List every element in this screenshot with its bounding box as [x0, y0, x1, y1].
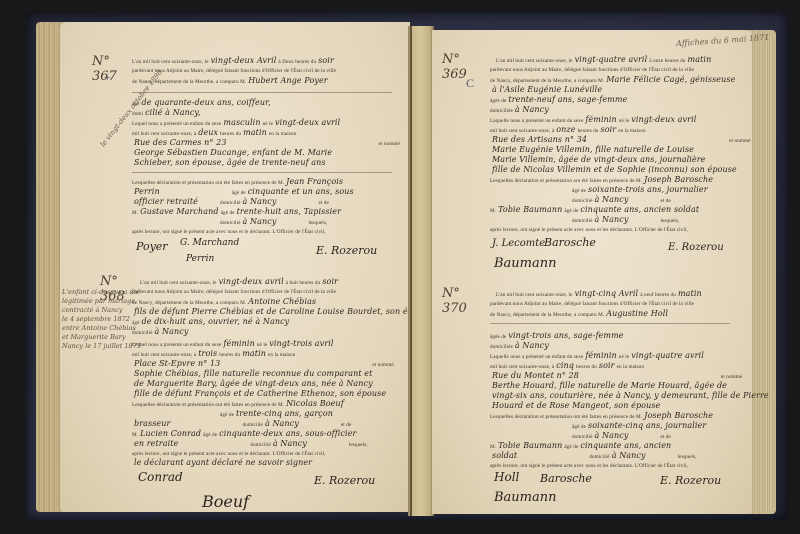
- record-line: domiciliéà Nancyet de: [572, 196, 800, 205]
- record-line: âgée devingt-trois ans, sage-femme: [490, 332, 790, 341]
- record-line: L'an mil huit cent soixante-onze, leving…: [132, 57, 432, 66]
- record-line: Schieber, son épouse, âgée de trente-neu…: [132, 159, 432, 168]
- record-line: officier retraitédomiciliéà Nancyet de: [132, 198, 432, 207]
- signature: Boeuf: [202, 492, 249, 511]
- signature: E. Rozerou: [660, 474, 721, 487]
- record-line: domiciliéà Nancylesquels,: [572, 216, 800, 225]
- record-line: âgé desoixante-trois ans, journalier: [572, 186, 800, 195]
- ruled-line: [132, 92, 392, 93]
- record-line: âgéde quarante-deux ans, coiffeur,: [132, 99, 432, 108]
- record-line: à l'Asile Eugénie Lunéville: [490, 86, 790, 95]
- ruled-line: [132, 172, 392, 173]
- record-line: après lecture, ont signé le présent acte…: [490, 226, 790, 234]
- record-line: mil huit cent soixante-onze, àtroisheure…: [132, 350, 432, 359]
- record-line: de Marguerite Bary, âgée de vingt-deux a…: [132, 380, 432, 389]
- record-line: domiciliéeà Nancy: [490, 106, 790, 115]
- record-line: pardevant nous Adjoint au Maire, délégué…: [132, 288, 432, 296]
- record-line: George Sébastien Ducange, enfant de M. M…: [132, 149, 432, 158]
- record-line: Lesquelles déclaration et présentation o…: [490, 176, 790, 185]
- record-line: Perrinâgé decinquante et un ans, sous: [132, 188, 432, 197]
- left-page: le vingt-deux octobre 1898 N° 367 + L'an…: [60, 22, 410, 512]
- record-line: Laquelle nous a présenté un enfant du se…: [490, 352, 790, 361]
- record-line: mil huit cent soixante-onze, àcinqheures…: [490, 362, 790, 371]
- record-line: de Nancy, département de la Meurthe, a c…: [490, 310, 790, 319]
- record-line: Sophie Chébias, fille naturelle reconnue…: [132, 370, 432, 379]
- signature: Conrad: [138, 470, 183, 484]
- record-line: L'an mil huit cent soixante-onze, leving…: [140, 278, 440, 287]
- record-line: de Nancy, département de la Meurthe, a c…: [132, 77, 432, 86]
- record-line: L'an mil huit cent soixante-onze, leving…: [496, 290, 796, 299]
- record-line: pardevant nous Adjoint au Maire, délégué…: [490, 300, 790, 308]
- record-line: Lesquelles déclaration et présentation o…: [132, 178, 432, 187]
- record-line: mil huit cent soixante-onze, àdeuxheures…: [132, 129, 432, 138]
- record-line: le déclarant ayant déclaré ne savoir sig…: [132, 459, 432, 468]
- signature: E. Rozerou: [316, 244, 377, 257]
- margin-note: L'enfant ci-dessus a été légitimée par m…: [62, 288, 141, 351]
- right-page: Affiches du 6 mai 1871 N° 369 C L'an mil…: [432, 30, 752, 514]
- signature: Holl: [494, 470, 519, 484]
- signature: Baumann: [494, 490, 557, 505]
- record-line: domiciliéeà Nancy: [490, 342, 790, 351]
- cross-mark: +: [104, 70, 111, 85]
- record-line: soldatdomiciliéà Nancylesquels,: [490, 452, 790, 461]
- entry-number: N° 369: [442, 52, 467, 82]
- signature: Perrin: [186, 254, 214, 264]
- record-line: fils de défunt Pierre Chébias et de Caro…: [132, 308, 432, 317]
- record-line: vingt-six ans, couturière, née à Nancy, …: [490, 392, 790, 401]
- record-line: après lecture, ont signé le présent acte…: [490, 462, 790, 470]
- record-line: M.Tobie Baumannâgé decinquante ans, anci…: [490, 442, 790, 451]
- signature: Barosche: [544, 236, 596, 249]
- record-line: M.Tobie Baumannâgé decinquante ans, anci…: [490, 206, 790, 215]
- record-line: M.Gustave Marchandâgé detrente-huit ans,…: [132, 208, 432, 217]
- record-line: Lesquelles déclaration et présentation o…: [490, 412, 790, 421]
- record-line: Rue des Artisans n° 34et nommé: [490, 136, 790, 145]
- signature: E. Rozerou: [314, 474, 375, 487]
- record-line: Houard et de Rose Mangeot, son épouse: [490, 402, 790, 411]
- signature: J. Lecomte: [492, 238, 545, 249]
- record-line: Marie Villemin, âgée de vingt-deux ans, …: [490, 156, 790, 165]
- signature: E. Rozerou: [668, 242, 724, 253]
- record-line: mil huit cent soixante-onze, àonzeheures…: [490, 126, 790, 135]
- record-line: fille de défunt François et de Catherine…: [132, 390, 432, 399]
- record-line: Laquelle nous a présenté un enfant du se…: [490, 116, 790, 125]
- record-line: de Nancy, département de la Meurthe, a c…: [132, 298, 432, 307]
- signature: Barosche: [540, 472, 592, 485]
- record-line: après lecture, ont signé le présent acte…: [132, 228, 432, 236]
- record-line: Marie Eugénie Villemin, fille naturelle …: [490, 146, 790, 155]
- signature: Poyer: [136, 240, 168, 253]
- record-line: domicilié à Nancy,: [132, 109, 432, 118]
- record-line: âgé desoixante-cinq ans, journalier: [572, 422, 800, 431]
- record-line: Lesquelles déclaration et présentation o…: [132, 400, 432, 409]
- record-line: pardevant nous Adjoint au Maire, délégué…: [490, 66, 790, 74]
- record-line: pardevant nous Adjoint au Maire, délégué…: [132, 67, 432, 75]
- record-line: âgée detrente-neuf ans, sage-femme: [490, 96, 790, 105]
- record-line: brasseurdomiciliéà Nancyet de: [132, 420, 432, 429]
- c-mark: C: [466, 76, 474, 91]
- record-line: Rue des Carmes n° 23et nommé: [132, 139, 432, 148]
- record-line: L'an mil huit cent soixante-onze, leving…: [496, 56, 796, 65]
- record-line: Rue du Montet n° 28et nommé: [490, 372, 790, 381]
- record-line: domiciliéà Nancy: [132, 328, 432, 337]
- record-line: fille de Nicolas Villemin et de Sophie (…: [490, 166, 790, 175]
- record-line: de Nancy, département de la Meurthe, a c…: [490, 76, 790, 85]
- record-line: domiciliéà Nancyet de: [572, 432, 800, 441]
- record-line: Berthe Houard, fille naturelle de Marie …: [490, 382, 790, 391]
- signature: G. Marchand: [180, 238, 239, 248]
- record-line: M.Lucien Conradâgé decinquante-deux ans,…: [132, 430, 432, 439]
- record-line: âgéde dix-huit ans, ouvrier, né à Nancy: [132, 318, 432, 327]
- record-line: Lequel nous a présenté un enfant du sexe…: [132, 119, 432, 128]
- record-line: en retraitedomiciliéà Nancylesquels,: [132, 440, 432, 449]
- entry-number: N° 370: [442, 286, 467, 316]
- signature: Baumann: [494, 256, 557, 271]
- ruled-line: [490, 323, 730, 324]
- record-line: Lequel nous a présenté un enfant du sexe…: [132, 340, 432, 349]
- record-line: après lecture, ont signé le présent acte…: [132, 450, 432, 458]
- record-line: Place St-Epvre n° 13et nommé: [132, 360, 432, 369]
- gutter-crease: [410, 26, 412, 516]
